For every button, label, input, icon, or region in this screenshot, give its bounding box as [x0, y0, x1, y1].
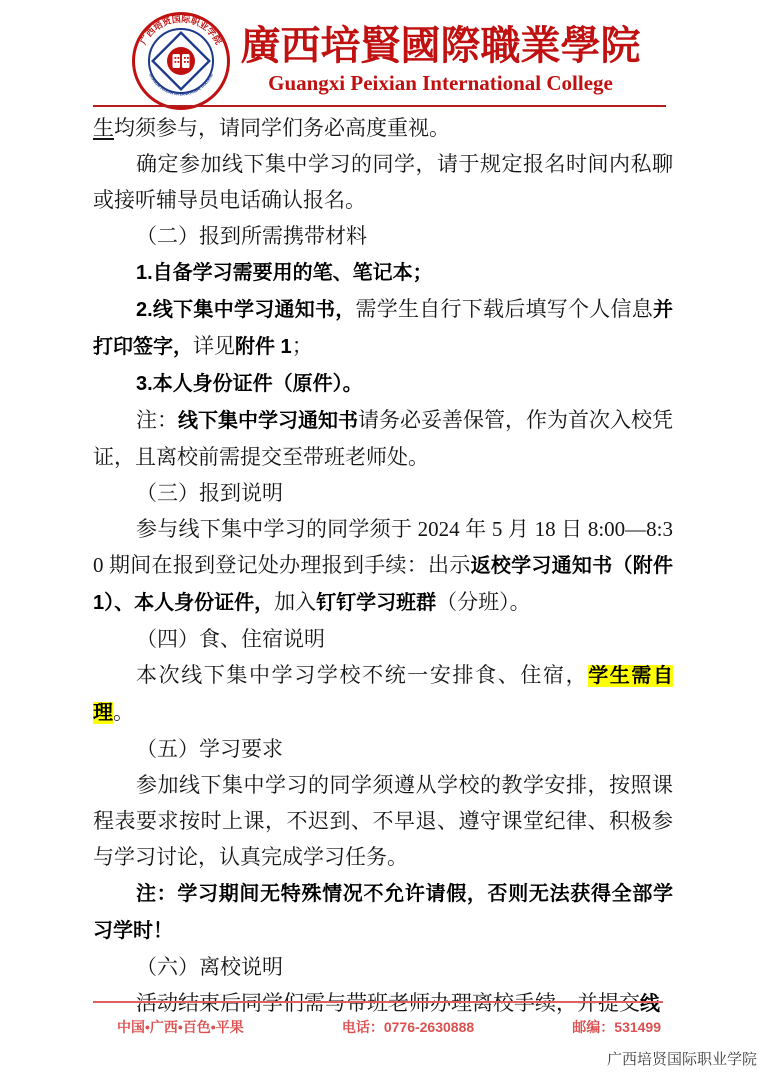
paragraph-14: 注：学习期间无特殊情况不允许请假，否则无法获得全部学习学时！ — [93, 875, 673, 949]
text-run: 参加线下集中学习的同学须遵从学校的教学安排，按照课程表要求按时上课，不迟到、不早… — [93, 773, 673, 869]
text-run: 详见 — [193, 334, 235, 358]
college-name-zh: 廣西培賢國際職業學院 — [228, 22, 653, 70]
text-run: 线 — [640, 993, 660, 1015]
text-run: 本次线下集中学习学校不统一安排食、住宿， — [136, 663, 588, 687]
footer-phone: 电话：0776-2630888 — [342, 1017, 474, 1037]
text-run: 钉钉学习班群 — [316, 592, 436, 614]
text-run: （分班）。 — [436, 590, 531, 614]
text-run: 注： — [136, 408, 178, 432]
paragraph-6: 3.本人身份证件（原件）。 — [93, 365, 673, 402]
document-page: 广西培贤国际职业学院 GUANGXI PEIXIAN INTERNATIONAL… — [0, 0, 764, 1080]
text-run: 3.本人身份证件（原件）。 — [136, 373, 363, 395]
text-run: 生 — [93, 116, 114, 140]
footer-contact-row: 中国•广西•百色•平果 电话：0776-2630888 邮编：531499 — [93, 1017, 663, 1037]
text-run: 2.线下集中学习通知书， — [136, 299, 355, 321]
paragraph-15: （六）离校说明 — [93, 949, 673, 985]
footer-divider-line — [93, 1001, 663, 1003]
text-run: 1.自备学习需要用的笔、笔记本； — [136, 262, 433, 284]
paragraph-3: （二）报到所需携带材料 — [93, 218, 673, 254]
footer-address: 中国•广西•百色•平果 — [117, 1017, 244, 1037]
text-run: 确定参加线下集中学习的同学，请于规定报名时间内私聊或接听辅导员电话确认报名。 — [93, 152, 673, 212]
document-body: 生均须参与，请同学们务必高度重视。确定参加线下集中学习的同学，请于规定报名时间内… — [93, 110, 673, 1022]
letterhead: 广西培贤国际职业学院 GUANGXI PEIXIAN INTERNATIONAL… — [0, 0, 764, 106]
text-run: 。 — [113, 700, 134, 724]
paragraph-5: 2.线下集中学习通知书，需学生自行下载后填写个人信息并打印签字，详见附件 1； — [93, 291, 673, 365]
text-run: 需学生自行下载后填写个人信息 — [355, 297, 653, 321]
paragraph-11: 本次线下集中学习学校不统一安排食、住宿，学生需自理。 — [93, 657, 673, 731]
text-run: （三）报到说明 — [136, 481, 283, 505]
paragraph-12: （五）学习要求 — [93, 731, 673, 767]
college-titles: 廣西培賢國際職業學院 Guangxi Peixian International… — [228, 22, 653, 95]
paragraph-10: （四）食、住宿说明 — [93, 621, 673, 657]
text-run: 线下集中学习通知书 — [178, 410, 358, 432]
paragraph-1: 生均须参与，请同学们务必高度重视。 — [93, 110, 673, 146]
page-watermark: 广西培贤国际职业学院 — [607, 1048, 764, 1069]
paragraph-2: 确定参加线下集中学习的同学，请于规定报名时间内私聊或接听辅导员电话确认报名。 — [93, 146, 673, 218]
text-run: 活动结束后同学们需与带班老师办理离校手续，并提交 — [136, 991, 640, 1015]
paragraph-7: 注：线下集中学习通知书请务必妥善保管，作为首次入校凭证，且离校前需提交至带班老师… — [93, 402, 673, 475]
paragraph-9: 参与线下集中学习的同学须于 2024 年 5 月 18 日 8:00—8:30 … — [93, 511, 673, 621]
paragraph-8: （三）报到说明 — [93, 475, 673, 511]
header-divider-line — [93, 105, 666, 107]
college-name-en: Guangxi Peixian International College — [228, 71, 653, 95]
paragraph-4: 1.自备学习需要用的笔、笔记本； — [93, 254, 673, 291]
text-run: 加入 — [274, 590, 316, 614]
text-run: 均须参与，请同学们务必高度重视。 — [114, 116, 450, 140]
text-run: （四）食、住宿说明 — [136, 627, 325, 651]
paragraph-13: 参加线下集中学习的同学须遵从学校的教学安排，按照课程表要求按时上课，不迟到、不早… — [93, 767, 673, 875]
footer-postcode: 邮编：531499 — [572, 1017, 661, 1037]
text-run: 附件 1 — [235, 336, 292, 358]
text-run: （六）离校说明 — [136, 955, 283, 979]
text-run: 注：学习期间无特殊情况不允许请假，否则无法获得全部学习学时！ — [93, 883, 673, 942]
college-seal-logo: 广西培贤国际职业学院 GUANGXI PEIXIAN INTERNATIONAL… — [131, 11, 231, 111]
text-run: （五）学习要求 — [136, 737, 283, 761]
text-run: （二）报到所需携带材料 — [136, 224, 367, 248]
text-run: ； — [292, 334, 313, 358]
